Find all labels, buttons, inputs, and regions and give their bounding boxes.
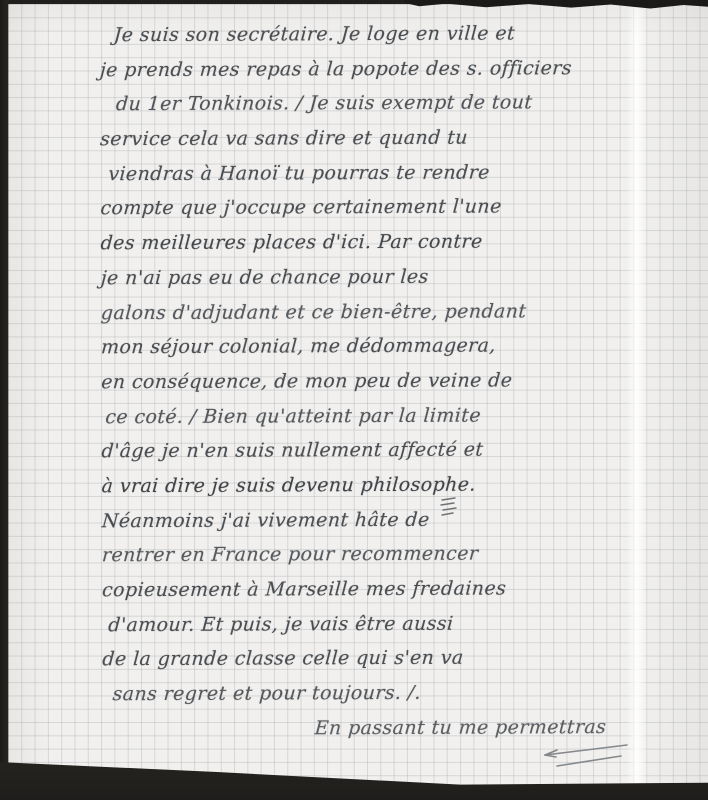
- handwriting-line: viendras à Hanoï tu pourras te rendre: [107, 155, 661, 192]
- handwriting-line: je n'ai pas eu de chance pour les: [100, 259, 662, 296]
- handwriting-line: copieusement à Marseille mes fredaines: [101, 571, 663, 608]
- handwriting-block: Je suis son secrétaire. Je loge en ville…: [98, 16, 661, 747]
- handwriting-line: je prends mes repas à la popote des s. o…: [99, 50, 661, 87]
- handwriting-line: des meilleures places d'ici. Par contre: [99, 224, 661, 261]
- handwriting-line: ce coté. / Bien qu'atteint par la limite: [104, 397, 662, 434]
- handwriting-line: service cela va sans dire et quand tu: [99, 120, 661, 157]
- scan-edge-left: [0, 0, 9, 800]
- handwriting-line: d'âge je n'en suis nullement affecté et: [100, 432, 662, 469]
- handwriting-line: mon séjour colonial, me dédommagera,: [100, 328, 662, 365]
- handwriting-line: Néanmoins j'ai vivement hâte de: [101, 501, 663, 538]
- handwriting-line: d'amour. Et puis, je vais être aussi: [107, 605, 663, 642]
- handwriting-line: du 1er Tonkinois. / Je suis exempt de to…: [115, 85, 661, 122]
- scanned-letter-page: Je suis son secrétaire. Je loge en ville…: [0, 0, 708, 800]
- handwriting-line: en conséquence, de mon peu de veine de: [100, 363, 662, 400]
- handwriting-line: à vrai dire je suis devenu philosophe.: [101, 467, 663, 504]
- handwriting-line: En passant tu me permettras: [314, 710, 664, 746]
- handwriting-line: compte que j'occupe certainement l'une: [99, 189, 661, 226]
- pencil-arrow-flourish: [535, 742, 635, 772]
- handwriting-line: sans regret et pour toujours. /.: [111, 675, 663, 712]
- handwriting-line: de la grande classe celle qui s'en va: [101, 640, 663, 677]
- smudge-correction-mark: [438, 496, 458, 522]
- handwriting-line: galons d'adjudant et ce bien-être, penda…: [100, 293, 662, 330]
- handwriting-line: rentrer en France pour recommencer: [101, 536, 663, 573]
- handwriting-line: Je suis son secrétaire. Je loge en ville…: [113, 16, 661, 53]
